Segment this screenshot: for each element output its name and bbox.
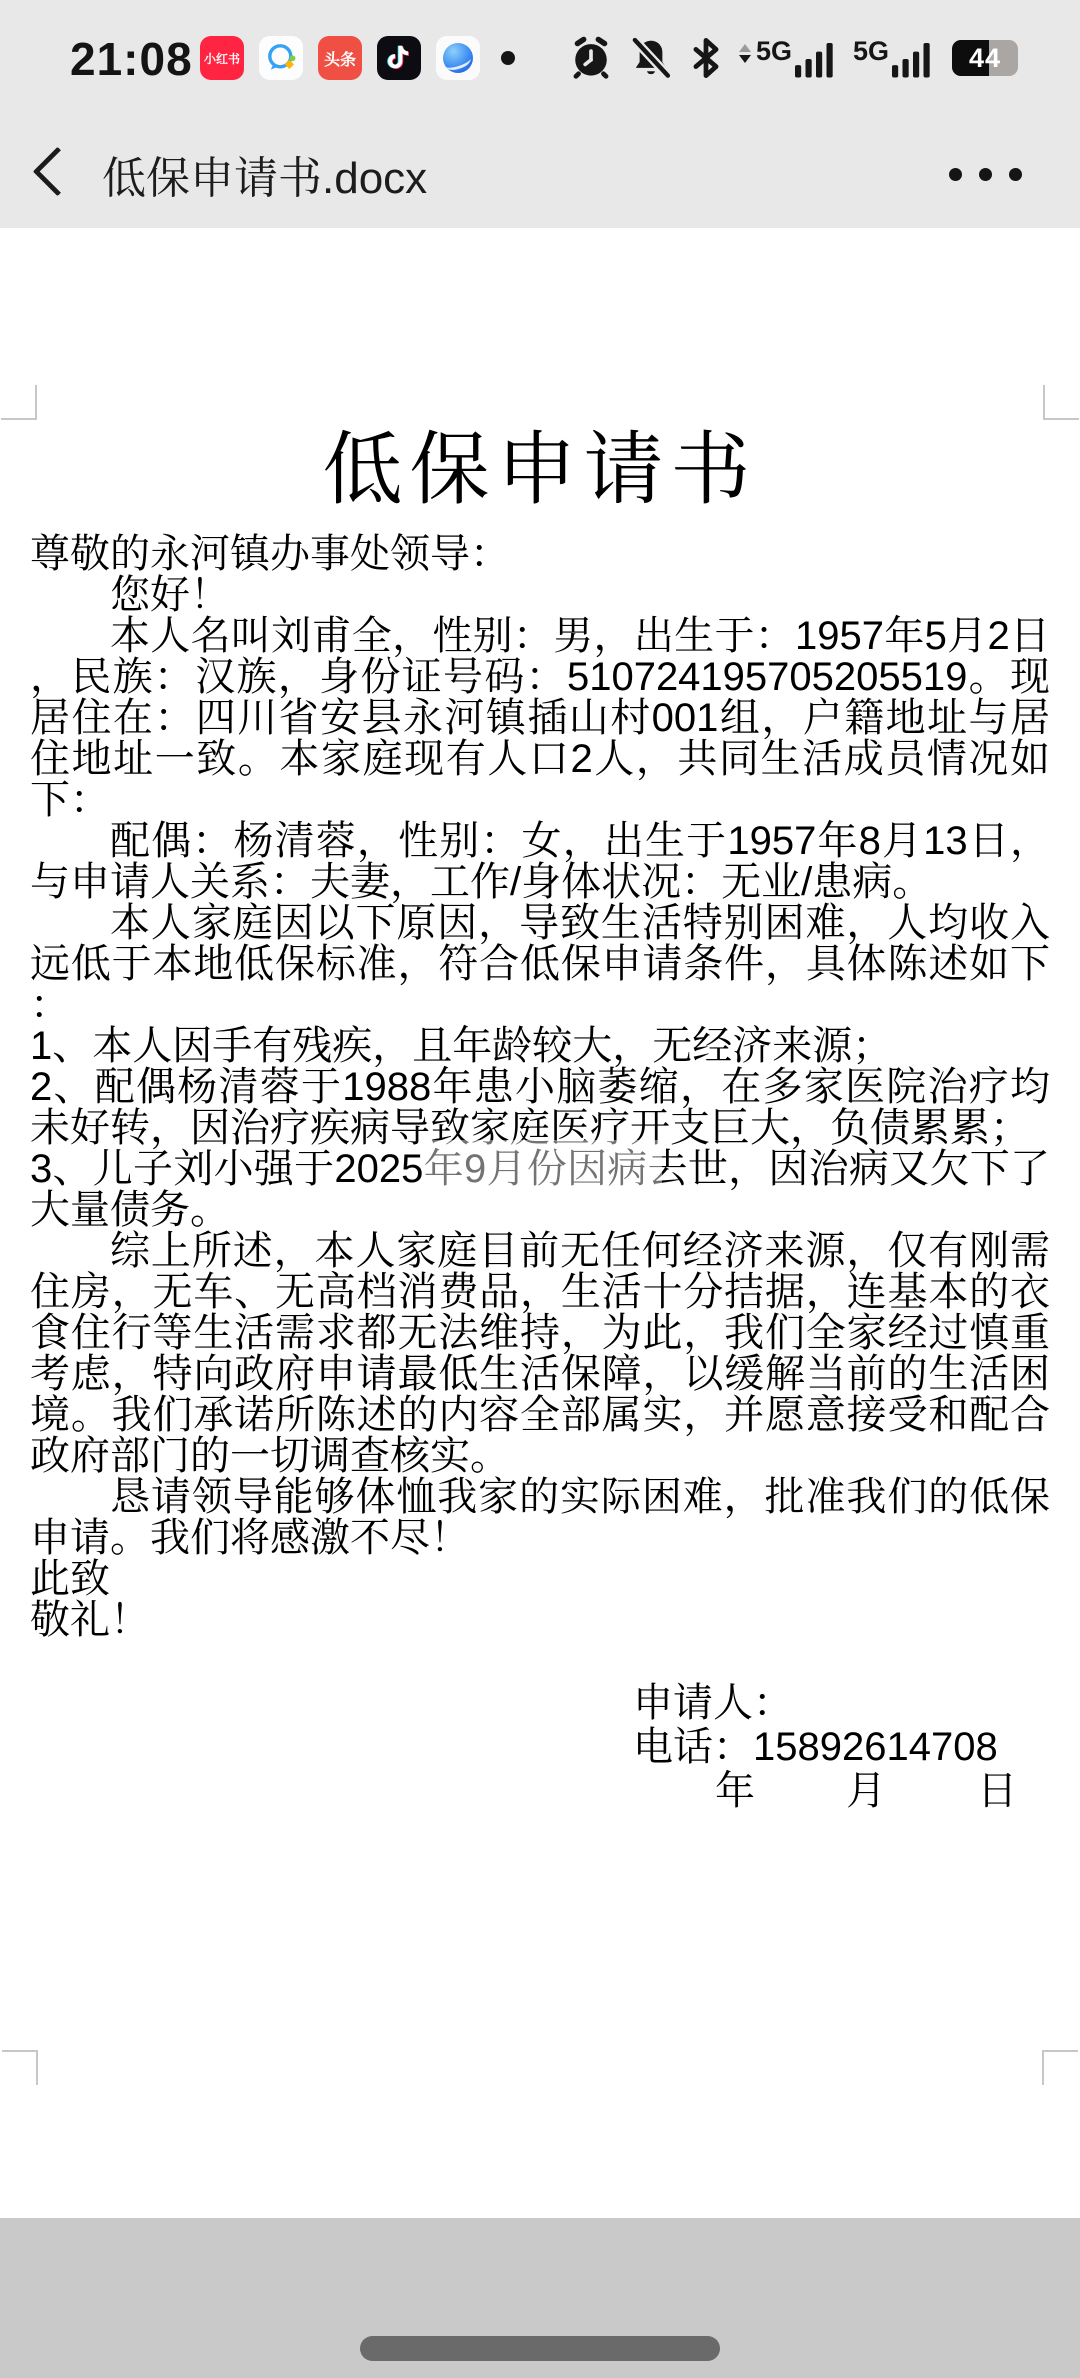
- phone-line: 电话：15892614708: [633, 1725, 1080, 1769]
- network-type-label: 5G: [853, 38, 889, 65]
- paragraph-salutation: 尊敬的永河镇办事处领导：: [30, 534, 1050, 575]
- signal-group-1: 5G: [739, 38, 837, 79]
- paragraph-spouse-info: 配偶：杨清蓉，性别：女，出生于1957年8月13日，与申请人关系：夫妻，工作/身…: [30, 821, 1050, 903]
- status-indicators: 5G 5G 44: [569, 34, 1018, 82]
- date-month-label: 月: [846, 1769, 886, 1813]
- page-margin-mark-top-right: [1043, 385, 1079, 420]
- nav-bar: 低保申请书.docx: [0, 128, 1080, 228]
- bottom-gesture-area: [0, 2218, 1080, 2378]
- paragraph-reason-2: 2、配偶杨清蓉于1988年患小脑萎缩，在多家医院治疗均未好转，因治疗疾病导致家庭…: [30, 1067, 1050, 1149]
- battery-icon: 44: [952, 40, 1018, 76]
- signature-block: 申请人： 电话：15892614708 年 月 日: [633, 1681, 1080, 1813]
- xiaohongshu-app-icon: 小红书: [200, 36, 244, 80]
- paragraph-jingli: 敬礼！: [30, 1600, 1050, 1641]
- paragraph-reason-1: 1、本人因手有残疾，且年龄较大，无经济来源；: [30, 1026, 1050, 1067]
- network-type-label: 5G: [756, 38, 792, 65]
- applicant-line: 申请人：: [633, 1681, 1080, 1725]
- date-line: 年 月 日: [633, 1769, 1080, 1813]
- clock-time: 21:08: [70, 32, 193, 86]
- data-arrows-icon: [739, 44, 751, 63]
- home-indicator-bar[interactable]: [360, 2336, 720, 2361]
- dot-icon: [949, 168, 962, 181]
- paragraph-cizhi: 此致: [30, 1559, 1050, 1600]
- music-note-icon: [384, 43, 414, 73]
- notification-app-icons: 小红书 头条: [200, 36, 515, 80]
- more-notifications-dot-icon: [501, 51, 515, 65]
- paragraph-greeting: 您好！: [30, 575, 1050, 616]
- paragraph-summary: 综上所述，本人家庭目前无任何经济来源，仅有刚需住房，无车、无高档消费品，生活十分…: [30, 1231, 1050, 1477]
- header: 21:08 小红书 头条: [0, 0, 1080, 228]
- dot-icon: [1009, 168, 1022, 181]
- status-bar: 21:08 小红书 头条: [0, 28, 1080, 88]
- paragraph-request: 恳请领导能够体恤我家的实际困难，批准我们的低保申请。我们将感激不尽！: [30, 1477, 1050, 1559]
- paragraph-applicant-info: 本人名叫刘甫全，性别：男，出生于：1957年5月2日，民族：汉族，身份证号码：5…: [30, 616, 1050, 821]
- paragraph-reason-intro: 本人家庭因以下原因，导致生活特别困难，人均收入远低于本地低保标准，符合低保申请条…: [30, 903, 1050, 1026]
- chat-app-icon: [259, 36, 303, 80]
- phone-number: 15892614708: [753, 1725, 998, 1769]
- paragraph-reason-3: 3、儿子刘小强于2025年9月份因病去世，因治病又欠下了大量债务。: [30, 1149, 1050, 1231]
- document-title: 低保申请书: [0, 228, 1080, 512]
- document-page[interactable]: 低保申请书 尊敬的永河镇办事处领导： 您好！ 本人名叫刘甫全，性别：男，出生于：…: [0, 228, 1080, 2218]
- planet-icon: [443, 43, 473, 73]
- battery-level: 44: [952, 40, 1018, 76]
- signal-group-2: 5G: [853, 38, 934, 79]
- back-chevron-icon[interactable]: [33, 147, 82, 196]
- toutiao-app-icon: 头条: [318, 36, 362, 80]
- browser-app-icon: [436, 36, 480, 80]
- page-margin-mark-bottom-left: [2, 2050, 38, 2085]
- bluetooth-icon: [689, 36, 723, 80]
- document-body: 尊敬的永河镇办事处领导： 您好！ 本人名叫刘甫全，性别：男，出生于：1957年5…: [30, 534, 1050, 1641]
- douyin-app-icon: [377, 36, 421, 80]
- dot-icon: [979, 168, 992, 181]
- page-margin-mark-bottom-right: [1042, 2050, 1078, 2085]
- page-margin-mark-top-left: [1, 385, 37, 420]
- date-year-label: 年: [715, 1769, 755, 1813]
- signal-bars-icon: [892, 39, 934, 79]
- file-title: 低保申请书.docx: [102, 142, 427, 206]
- more-menu-button[interactable]: [949, 168, 1022, 181]
- signal-bars-icon: [795, 39, 837, 79]
- mute-bell-icon: [629, 36, 673, 80]
- chat-bubble-icon: [264, 41, 298, 75]
- alarm-clock-icon: [569, 36, 613, 80]
- date-day-label: 日: [977, 1769, 1017, 1813]
